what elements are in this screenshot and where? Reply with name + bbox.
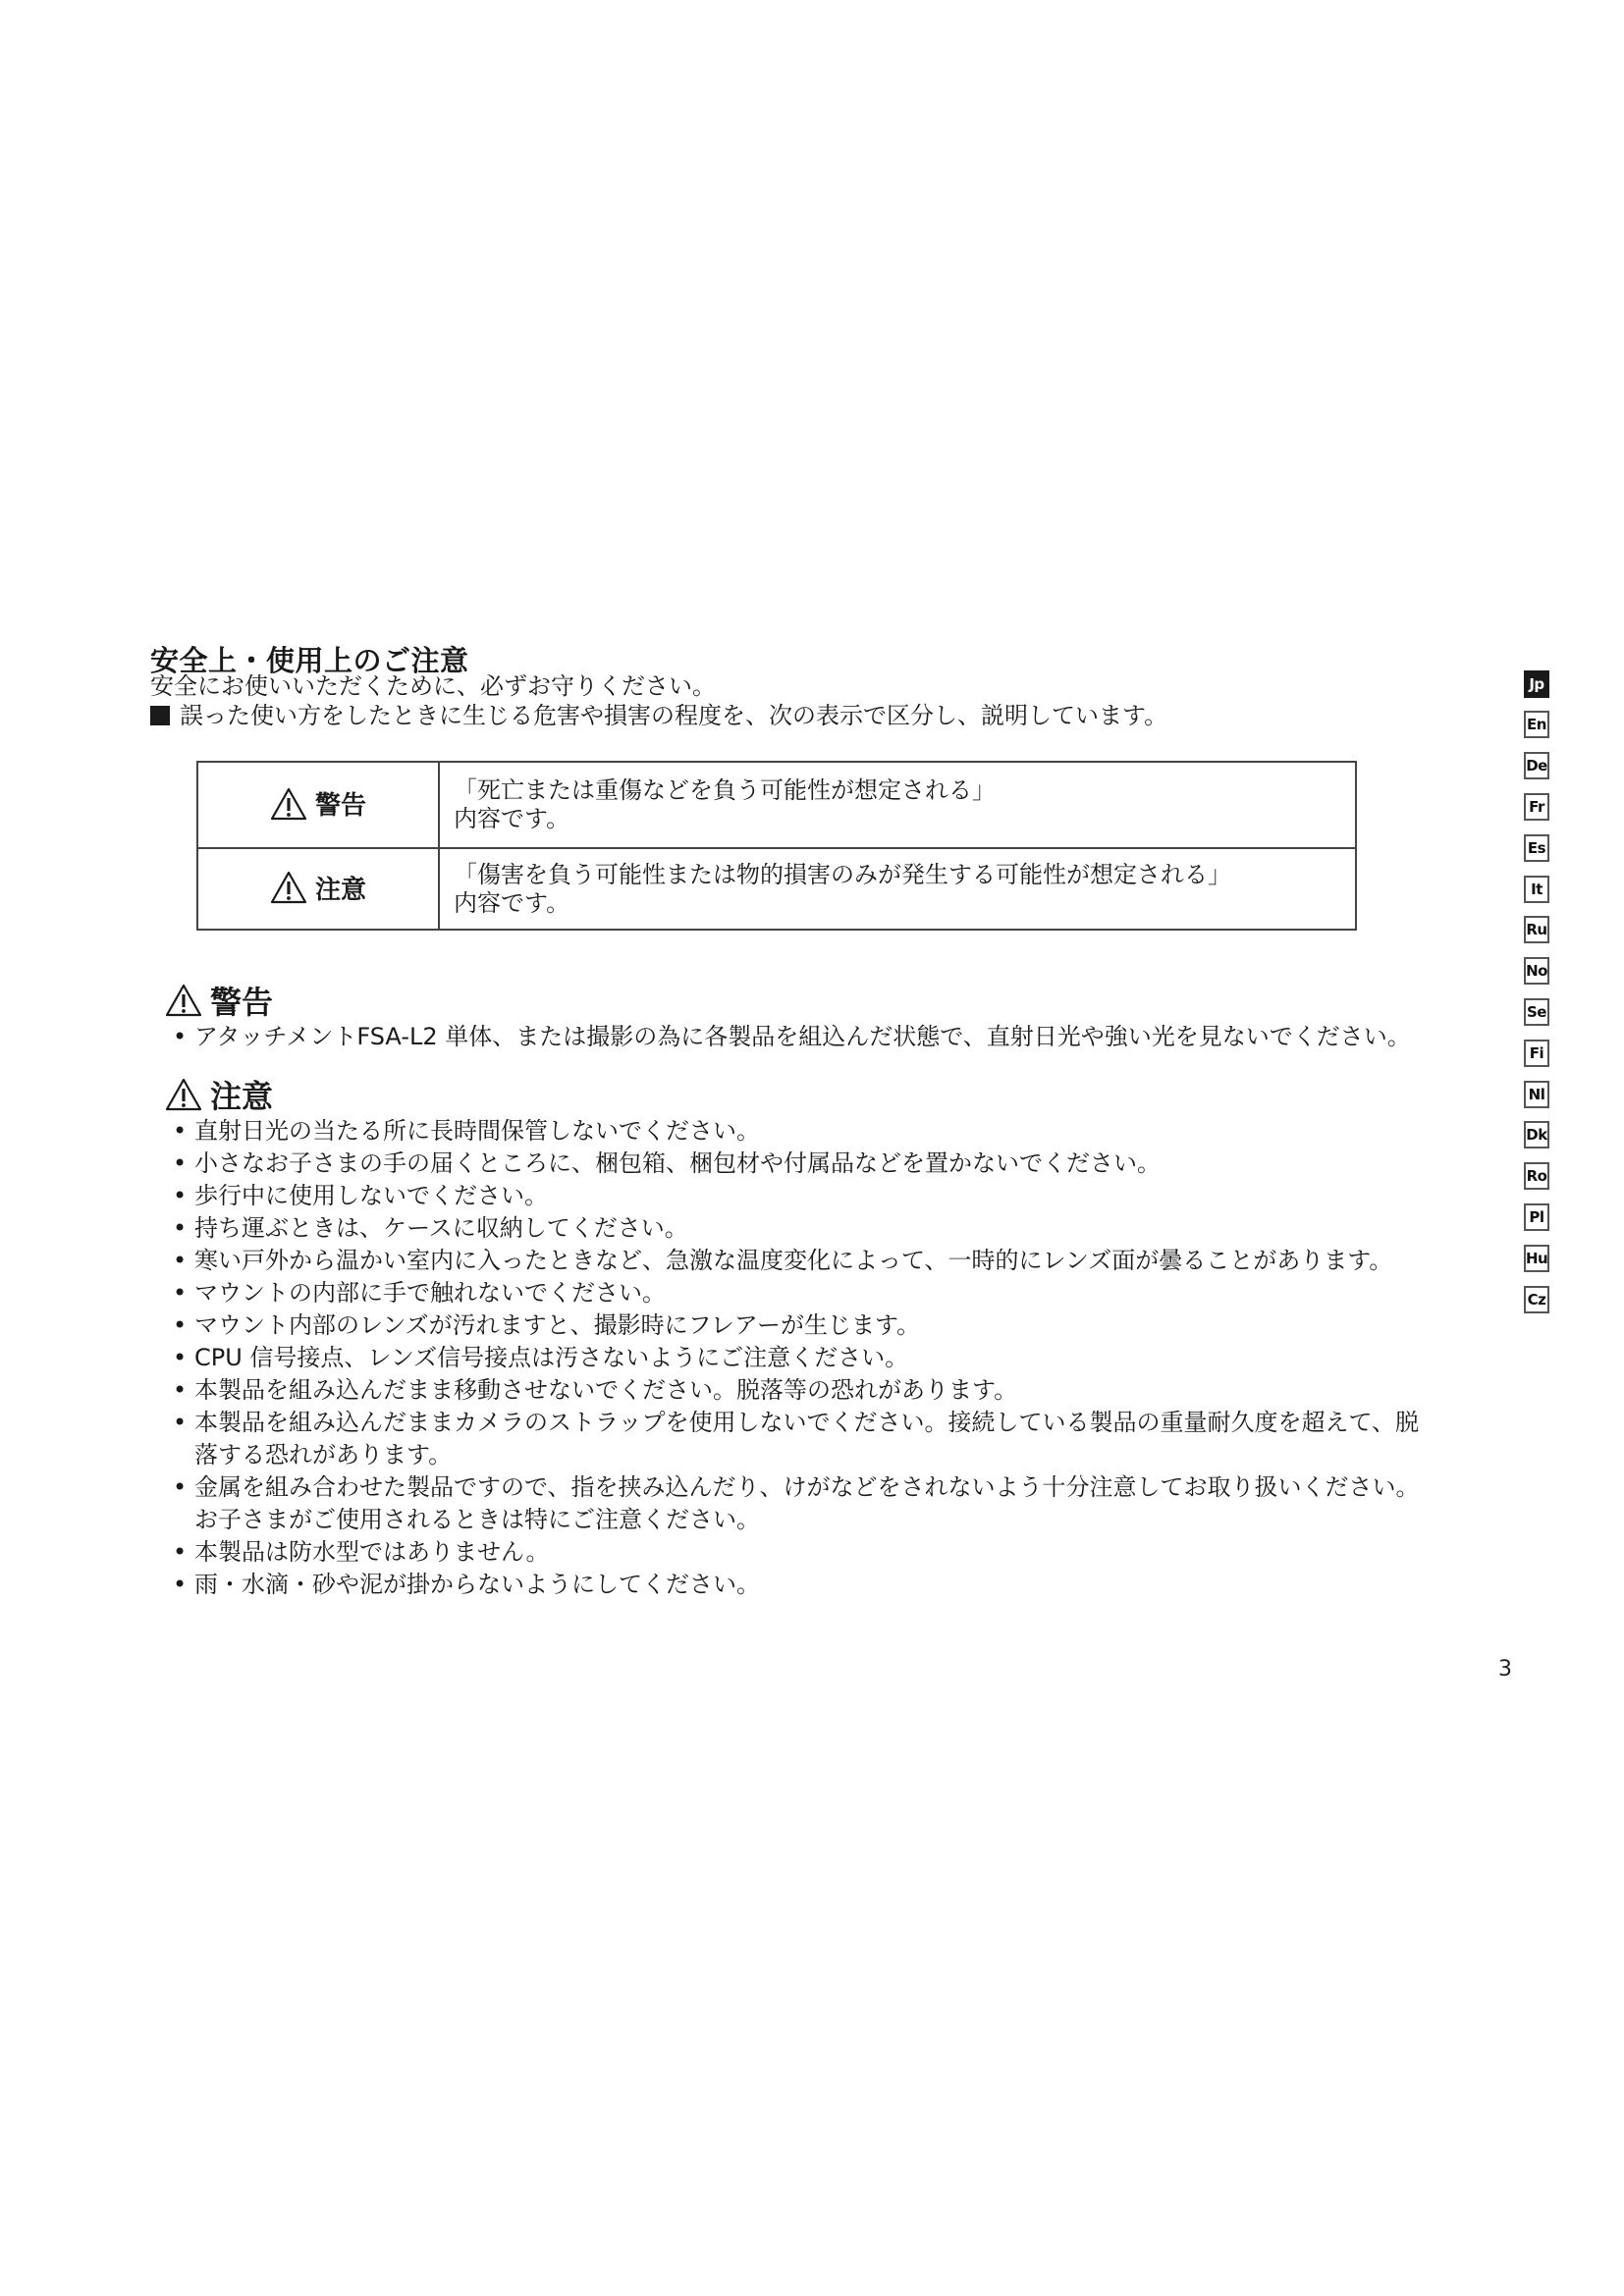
table-cell-symbol: 警告: [197, 762, 439, 848]
list-item: 金属を組み合わせた製品ですので、指を挟み込んだり、けがなどをされないよう十分注意…: [173, 1471, 1420, 1536]
warning-triangle-icon: [165, 984, 202, 1017]
intro-line-2: 誤った使い方をしたときに生じる危害や損害の程度を、次の表示で区分し、説明していま…: [150, 701, 1167, 730]
description-line-1: 「傷害を負う可能性または物的損害のみが発生する可能性が想定される」: [454, 861, 1355, 889]
description-line-2: 内容です。: [454, 805, 1355, 833]
list-item: 寒い戸外から温かい室内に入ったときなど、急激な温度変化によって、一時的にレンズ面…: [173, 1245, 1420, 1277]
language-tab-en[interactable]: En: [1524, 711, 1549, 738]
warning-triangle-icon: [270, 787, 307, 821]
list-item: マウント内部のレンズが汚れますと、撮影時にフレアーが生じます。: [173, 1309, 1420, 1342]
list-item: 歩行中に使用しないでください。: [173, 1180, 1420, 1212]
hazard-levels-table: 警告 「死亡または重傷などを負う可能性が想定される」 内容です。 注意 「傷害を…: [196, 761, 1357, 931]
table-row-warning: 警告 「死亡または重傷などを負う可能性が想定される」 内容です。: [197, 762, 1356, 848]
table-cell-description: 「死亡または重傷などを負う可能性が想定される」 内容です。: [439, 762, 1356, 848]
warning-triangle-icon: [165, 1078, 202, 1111]
warning-heading-text: 警告: [210, 978, 273, 1023]
language-tab-pl[interactable]: Pl: [1524, 1203, 1549, 1231]
table-cell-description: 「傷害を負う可能性または物的損害のみが発生する可能性が想定される」 内容です。: [439, 848, 1356, 930]
level-label: 注意: [315, 870, 366, 906]
language-tab-dk[interactable]: Dk: [1524, 1121, 1549, 1148]
list-item: 持ち運ぶときは、ケースに収納してください。: [173, 1212, 1420, 1245]
list-item: マウントの内部に手で触れないでください。: [173, 1277, 1420, 1309]
intro-line-1: 安全にお使いいただくために、必ずお守りください。: [150, 671, 1167, 701]
language-tab-cz[interactable]: Cz: [1524, 1286, 1549, 1313]
list-item: 直射日光の当たる所に長時間保管しないでください。: [173, 1115, 1420, 1148]
description-line-2: 内容です。: [454, 889, 1355, 918]
description-line-1: 「死亡または重傷などを負う可能性が想定される」: [454, 776, 1355, 805]
language-tab-ru[interactable]: Ru: [1524, 916, 1549, 943]
warning-list: アタッチメントFSA-L2 単体、または撮影の為に各製品を組込んだ状態で、直射日…: [173, 1021, 1411, 1053]
caution-list: 直射日光の当たる所に長時間保管しないでください。 小さなお子さまの手の届くところ…: [173, 1115, 1420, 1601]
language-tab-de[interactable]: De: [1524, 752, 1549, 779]
warning-section-heading: 警告: [165, 978, 273, 1023]
table-row-caution: 注意 「傷害を負う可能性または物的損害のみが発生する可能性が想定される」 内容で…: [197, 848, 1356, 930]
language-tab-se[interactable]: Se: [1524, 998, 1549, 1026]
list-item: 本製品は防水型ではありません。: [173, 1536, 1420, 1569]
page-number: 3: [1498, 1657, 1512, 1682]
language-tab-it[interactable]: It: [1524, 876, 1549, 903]
language-tab-hu[interactable]: Hu: [1524, 1245, 1549, 1272]
language-tab-no[interactable]: No: [1524, 957, 1549, 985]
list-item: 本製品を組み込んだまま移動させないでください。脱落等の恐れがあります。: [173, 1374, 1420, 1407]
language-tab-fr[interactable]: Fr: [1524, 793, 1549, 821]
black-square-icon: [150, 706, 170, 725]
caution-section-heading: 注意: [165, 1072, 273, 1117]
intro-line-2-text: 誤った使い方をしたときに生じる危害や損害の程度を、次の表示で区分し、説明していま…: [180, 702, 1167, 729]
caution-heading-text: 注意: [210, 1072, 273, 1117]
level-label: 警告: [315, 785, 366, 822]
table-cell-symbol: 注意: [197, 848, 439, 930]
language-tab-nl[interactable]: Nl: [1524, 1081, 1549, 1108]
language-tab-ro[interactable]: Ro: [1524, 1162, 1549, 1190]
intro-text: 安全にお使いいただくために、必ずお守りください。 誤った使い方をしたときに生じる…: [150, 671, 1167, 730]
list-item: CPU 信号接点、レンズ信号接点は汚さないようにご注意ください。: [173, 1342, 1420, 1374]
language-tab-fi[interactable]: Fi: [1524, 1040, 1549, 1067]
list-item: 本製品を組み込んだままカメラのストラップを使用しないでください。接続している製品…: [173, 1407, 1420, 1471]
list-item: アタッチメントFSA-L2 単体、または撮影の為に各製品を組込んだ状態で、直射日…: [173, 1021, 1411, 1053]
warning-triangle-icon: [270, 871, 307, 904]
list-item: 小さなお子さまの手の届くところに、梱包箱、梱包材や付属品などを置かないでください…: [173, 1148, 1420, 1180]
language-tab-es[interactable]: Es: [1524, 834, 1549, 862]
list-item: 雨・水滴・砂や泥が掛からないようにしてください。: [173, 1569, 1420, 1601]
language-tab-jp[interactable]: Jp: [1524, 670, 1549, 698]
